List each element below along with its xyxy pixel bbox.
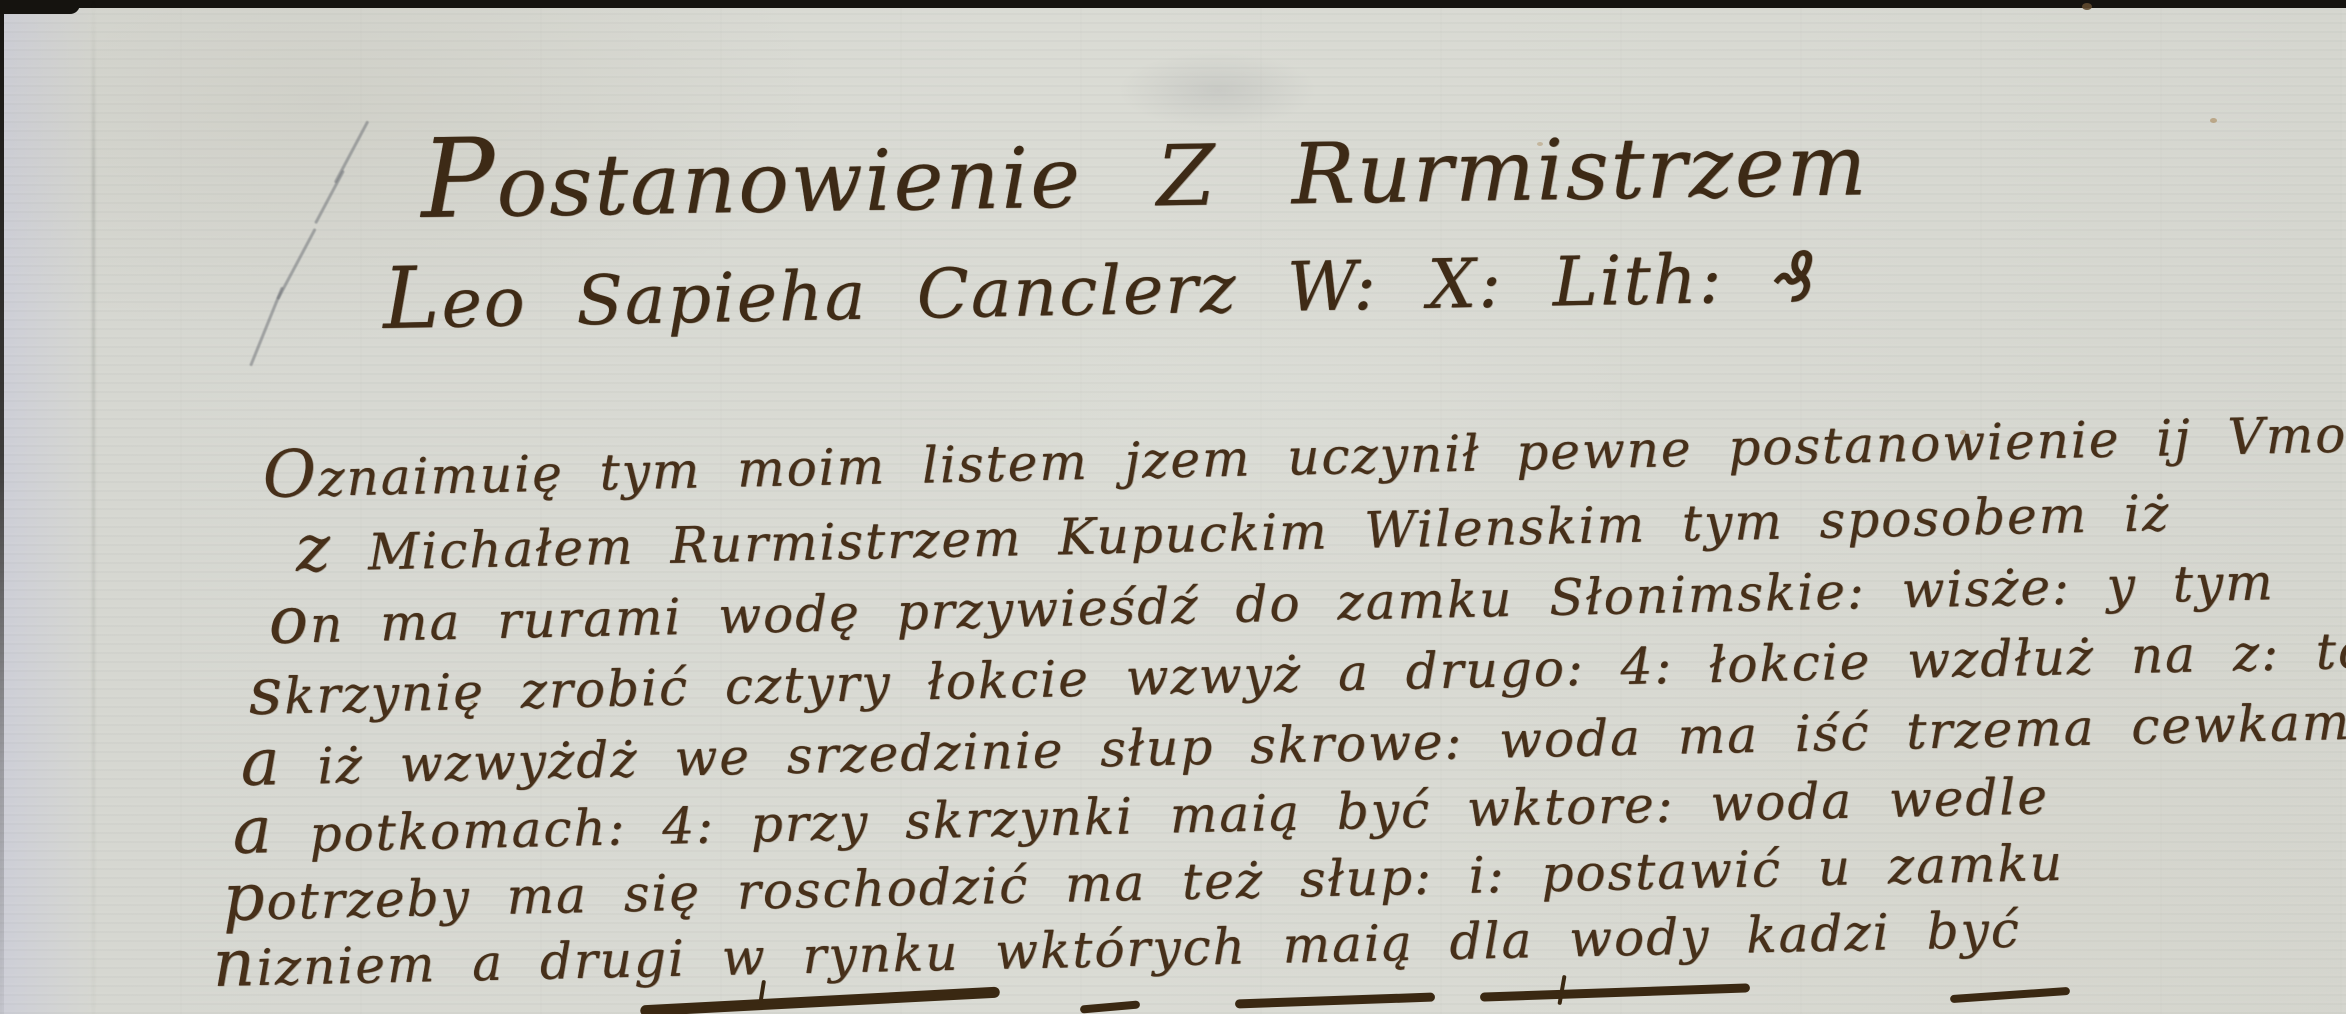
clipped-line-stroke	[1080, 1000, 1140, 1013]
document-title: Postanowienie Z Rurmistrzem	[420, 93, 1869, 243]
manuscript-scan-page: Postanowienie Z Rurmistrzem Leo Sapieha …	[0, 0, 2346, 1014]
document-subtitle: Leo Sapieha Canclerz W: X: Lith: ₰	[382, 222, 1819, 349]
scan-edge-top-left-corner	[0, 0, 80, 14]
paper-fold-crease	[92, 0, 95, 1014]
scan-edge-left	[0, 0, 4, 1014]
pencil-stroke	[314, 170, 345, 224]
paper-fleck	[2210, 118, 2217, 123]
clipped-line-stroke	[1235, 993, 1435, 1009]
pencil-stroke	[249, 287, 284, 367]
pencil-hatch-mark	[250, 112, 380, 332]
clipped-line-stroke	[1480, 983, 1750, 1001]
scan-edge-top	[0, 0, 2346, 8]
paper-fleck	[2082, 3, 2092, 10]
clipped-line-stroke	[1950, 987, 2070, 1003]
